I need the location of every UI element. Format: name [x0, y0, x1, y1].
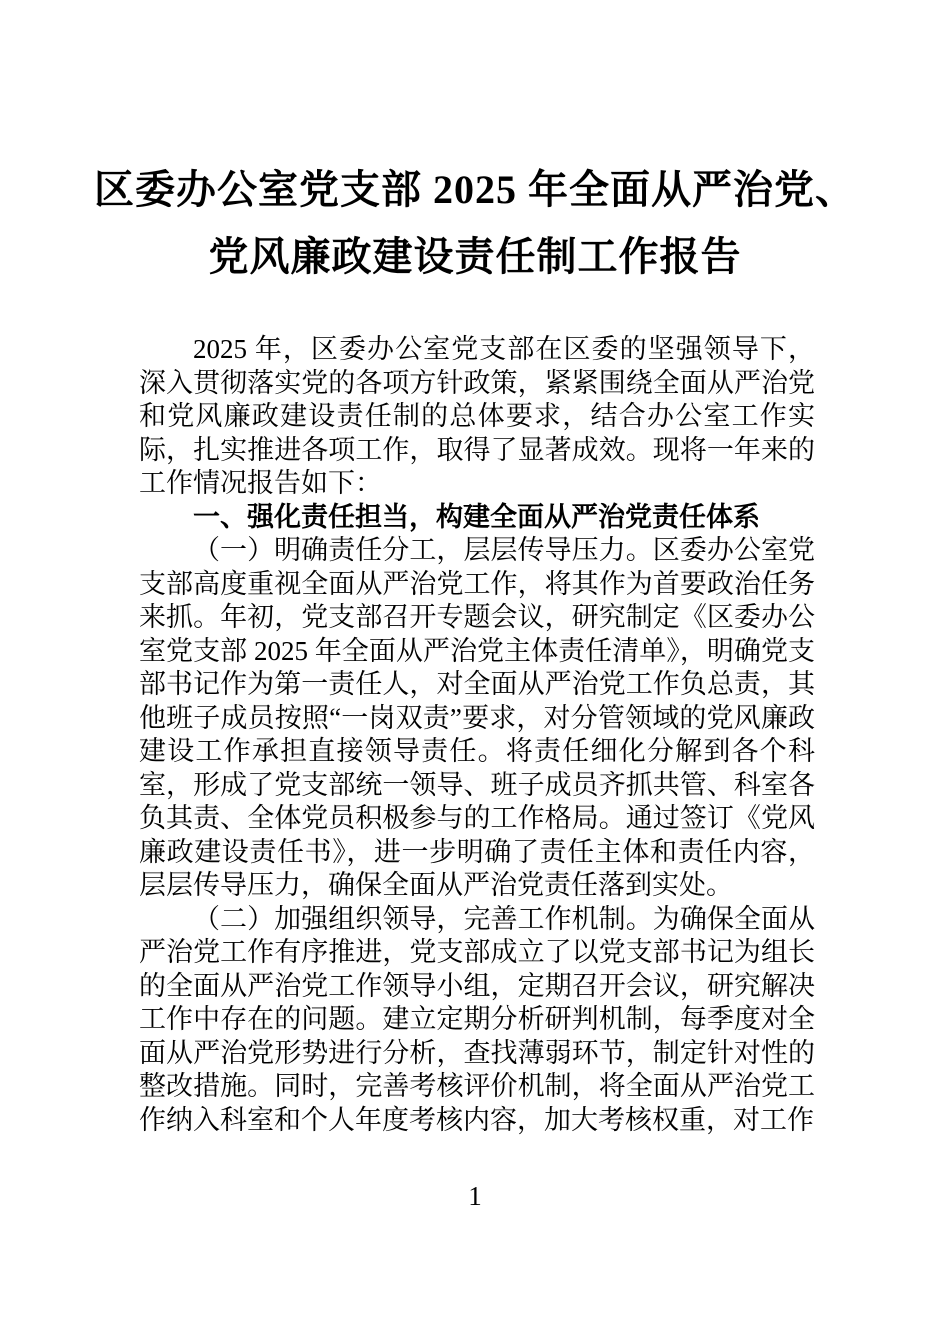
paragraph-intro: 2025 年，区委办公室党支部在区委的坚强领导下，深入贯彻落实党的各项方针政策，… — [139, 333, 815, 501]
document-body: 2025 年，区委办公室党支部在区委的坚强领导下，深入贯彻落实党的各项方针政策，… — [139, 333, 815, 1137]
paragraph-section-1-1: （一）明确责任分工，层层传导压力。区委办公室党支部高度重视全面从严治党工作，将其… — [139, 534, 815, 903]
page-number: 1 — [0, 1180, 950, 1213]
section-heading-1: 一、强化责任担当，构建全面从严治党责任体系 — [139, 501, 815, 535]
paragraph-section-1-2: （二）加强组织领导，完善工作机制。为确保全面从严治党工作有序推进，党支部成立了以… — [139, 903, 815, 1138]
document-page: 区委办公室党支部 2025 年全面从严治党、 党风廉政建设责任制工作报告 202… — [0, 0, 950, 1344]
document-title: 区委办公室党支部 2025 年全面从严治党、 党风廉政建设责任制工作报告 — [0, 156, 950, 290]
document-title-line-1: 区委办公室党支部 2025 年全面从严治党、 — [0, 156, 950, 223]
document-title-line-2: 党风廉政建设责任制工作报告 — [0, 223, 950, 290]
